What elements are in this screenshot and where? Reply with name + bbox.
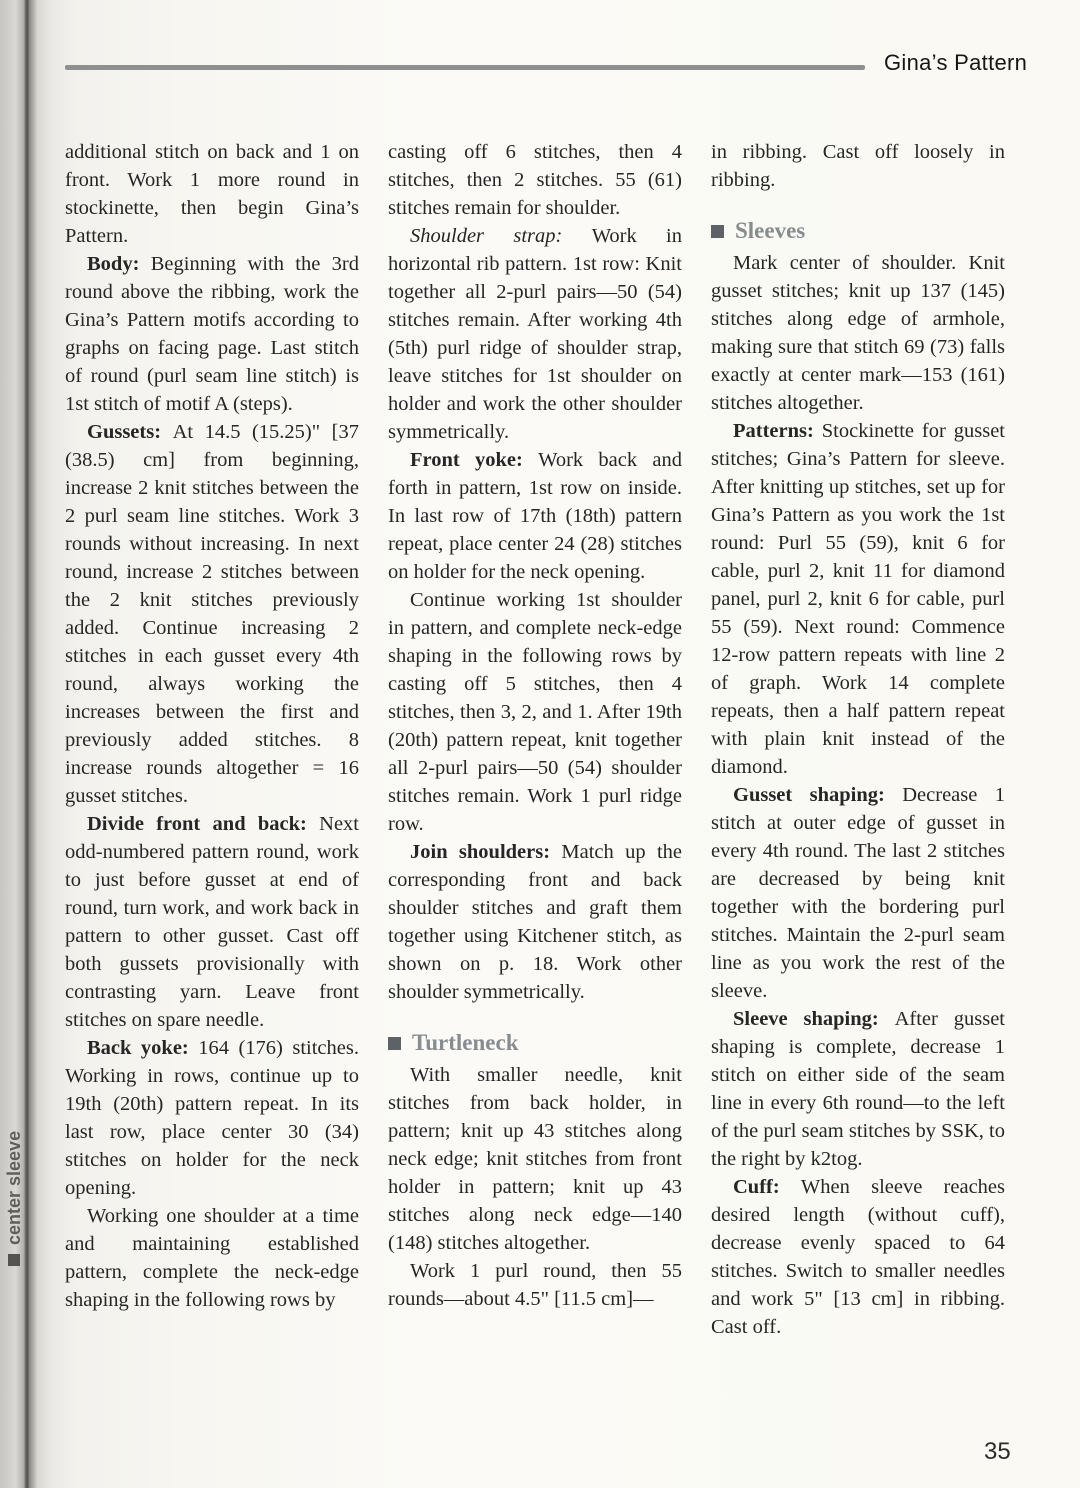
paragraph: Working one shoulder at a time and maint…	[65, 1202, 359, 1314]
paragraph: additional stitch on back and 1 on front…	[65, 138, 359, 250]
square-bullet-icon	[711, 225, 724, 238]
paragraph-lead: Divide front and back:	[87, 813, 319, 835]
paragraph: With smaller needle, knit stitches from …	[388, 1061, 682, 1257]
paragraph: Front yoke: Work back and forth in patte…	[388, 446, 682, 586]
text-column-3: in ribbing. Cast off loosely in ribbing.…	[711, 138, 1005, 1341]
paragraph: Join shoulders: Match up the correspondi…	[388, 838, 682, 1006]
paragraph: Sleeve shaping: After gusset shaping is …	[711, 1005, 1005, 1173]
square-bullet-icon	[388, 1037, 401, 1050]
paragraph: in ribbing. Cast off loosely in ribbing.	[711, 138, 1005, 194]
paragraph: Gussets: At 14.5 (15.25)" [37 (38.5) cm]…	[65, 418, 359, 810]
paragraph-lead: Join shoulders:	[410, 841, 561, 863]
paragraph: casting off 6 stitches, then 4 stitches,…	[388, 138, 682, 222]
section-heading: Sleeves	[711, 218, 1005, 244]
page-number: 35	[984, 1438, 1011, 1466]
paragraph-lead: Back yoke:	[87, 1037, 198, 1059]
paragraph: Gusset shaping: Decrease 1 stitch at out…	[711, 781, 1005, 1005]
paragraph: Work 1 purl round, then 55 rounds—about …	[388, 1257, 682, 1313]
header-rule	[65, 65, 865, 70]
paragraph-lead: Front yoke:	[410, 449, 538, 471]
paragraph-lead: Body:	[87, 253, 151, 275]
spine-label: center sleeve	[1, 1076, 27, 1266]
paragraph: Divide front and back: Next odd-numbered…	[65, 810, 359, 1034]
paragraph-lead: Cuff:	[733, 1176, 801, 1198]
section-heading-label: Turtleneck	[412, 1030, 519, 1056]
paragraph-lead: Shoulder strap:	[410, 225, 592, 247]
text-columns: additional stitch on back and 1 on front…	[65, 138, 1006, 1341]
paragraph: Cuff: When sleeve reaches desired length…	[711, 1173, 1005, 1341]
text-column-1: additional stitch on back and 1 on front…	[65, 138, 359, 1341]
paragraph: Patterns: Stockinette for gusset stitche…	[711, 417, 1005, 781]
page-title: Gina’s Pattern	[884, 50, 1027, 76]
paragraph-lead: Patterns:	[733, 420, 822, 442]
paragraph: Mark center of shoulder. Knit gusset sti…	[711, 249, 1005, 417]
square-bullet-icon	[8, 1254, 20, 1266]
paragraph: Continue working 1st shoulder in pattern…	[388, 586, 682, 838]
paragraph: Back yoke: 164 (176) stitches. Working i…	[65, 1034, 359, 1202]
paragraph-lead: Sleeve shaping:	[733, 1008, 895, 1030]
section-heading-label: Sleeves	[735, 218, 805, 244]
paragraph: Shoulder strap: Work in horizontal rib p…	[388, 222, 682, 446]
paragraph: Body: Beginning with the 3rd round above…	[65, 250, 359, 418]
section-heading: Turtleneck	[388, 1030, 682, 1056]
paragraph-lead: Gusset shaping:	[733, 784, 902, 806]
text-column-2: casting off 6 stitches, then 4 stitches,…	[388, 138, 682, 1341]
spine-label-text: center sleeve	[4, 1131, 25, 1245]
paragraph-lead: Gussets:	[87, 421, 173, 443]
book-page: Gina’s Pattern additional stitch on back…	[0, 0, 1080, 1488]
